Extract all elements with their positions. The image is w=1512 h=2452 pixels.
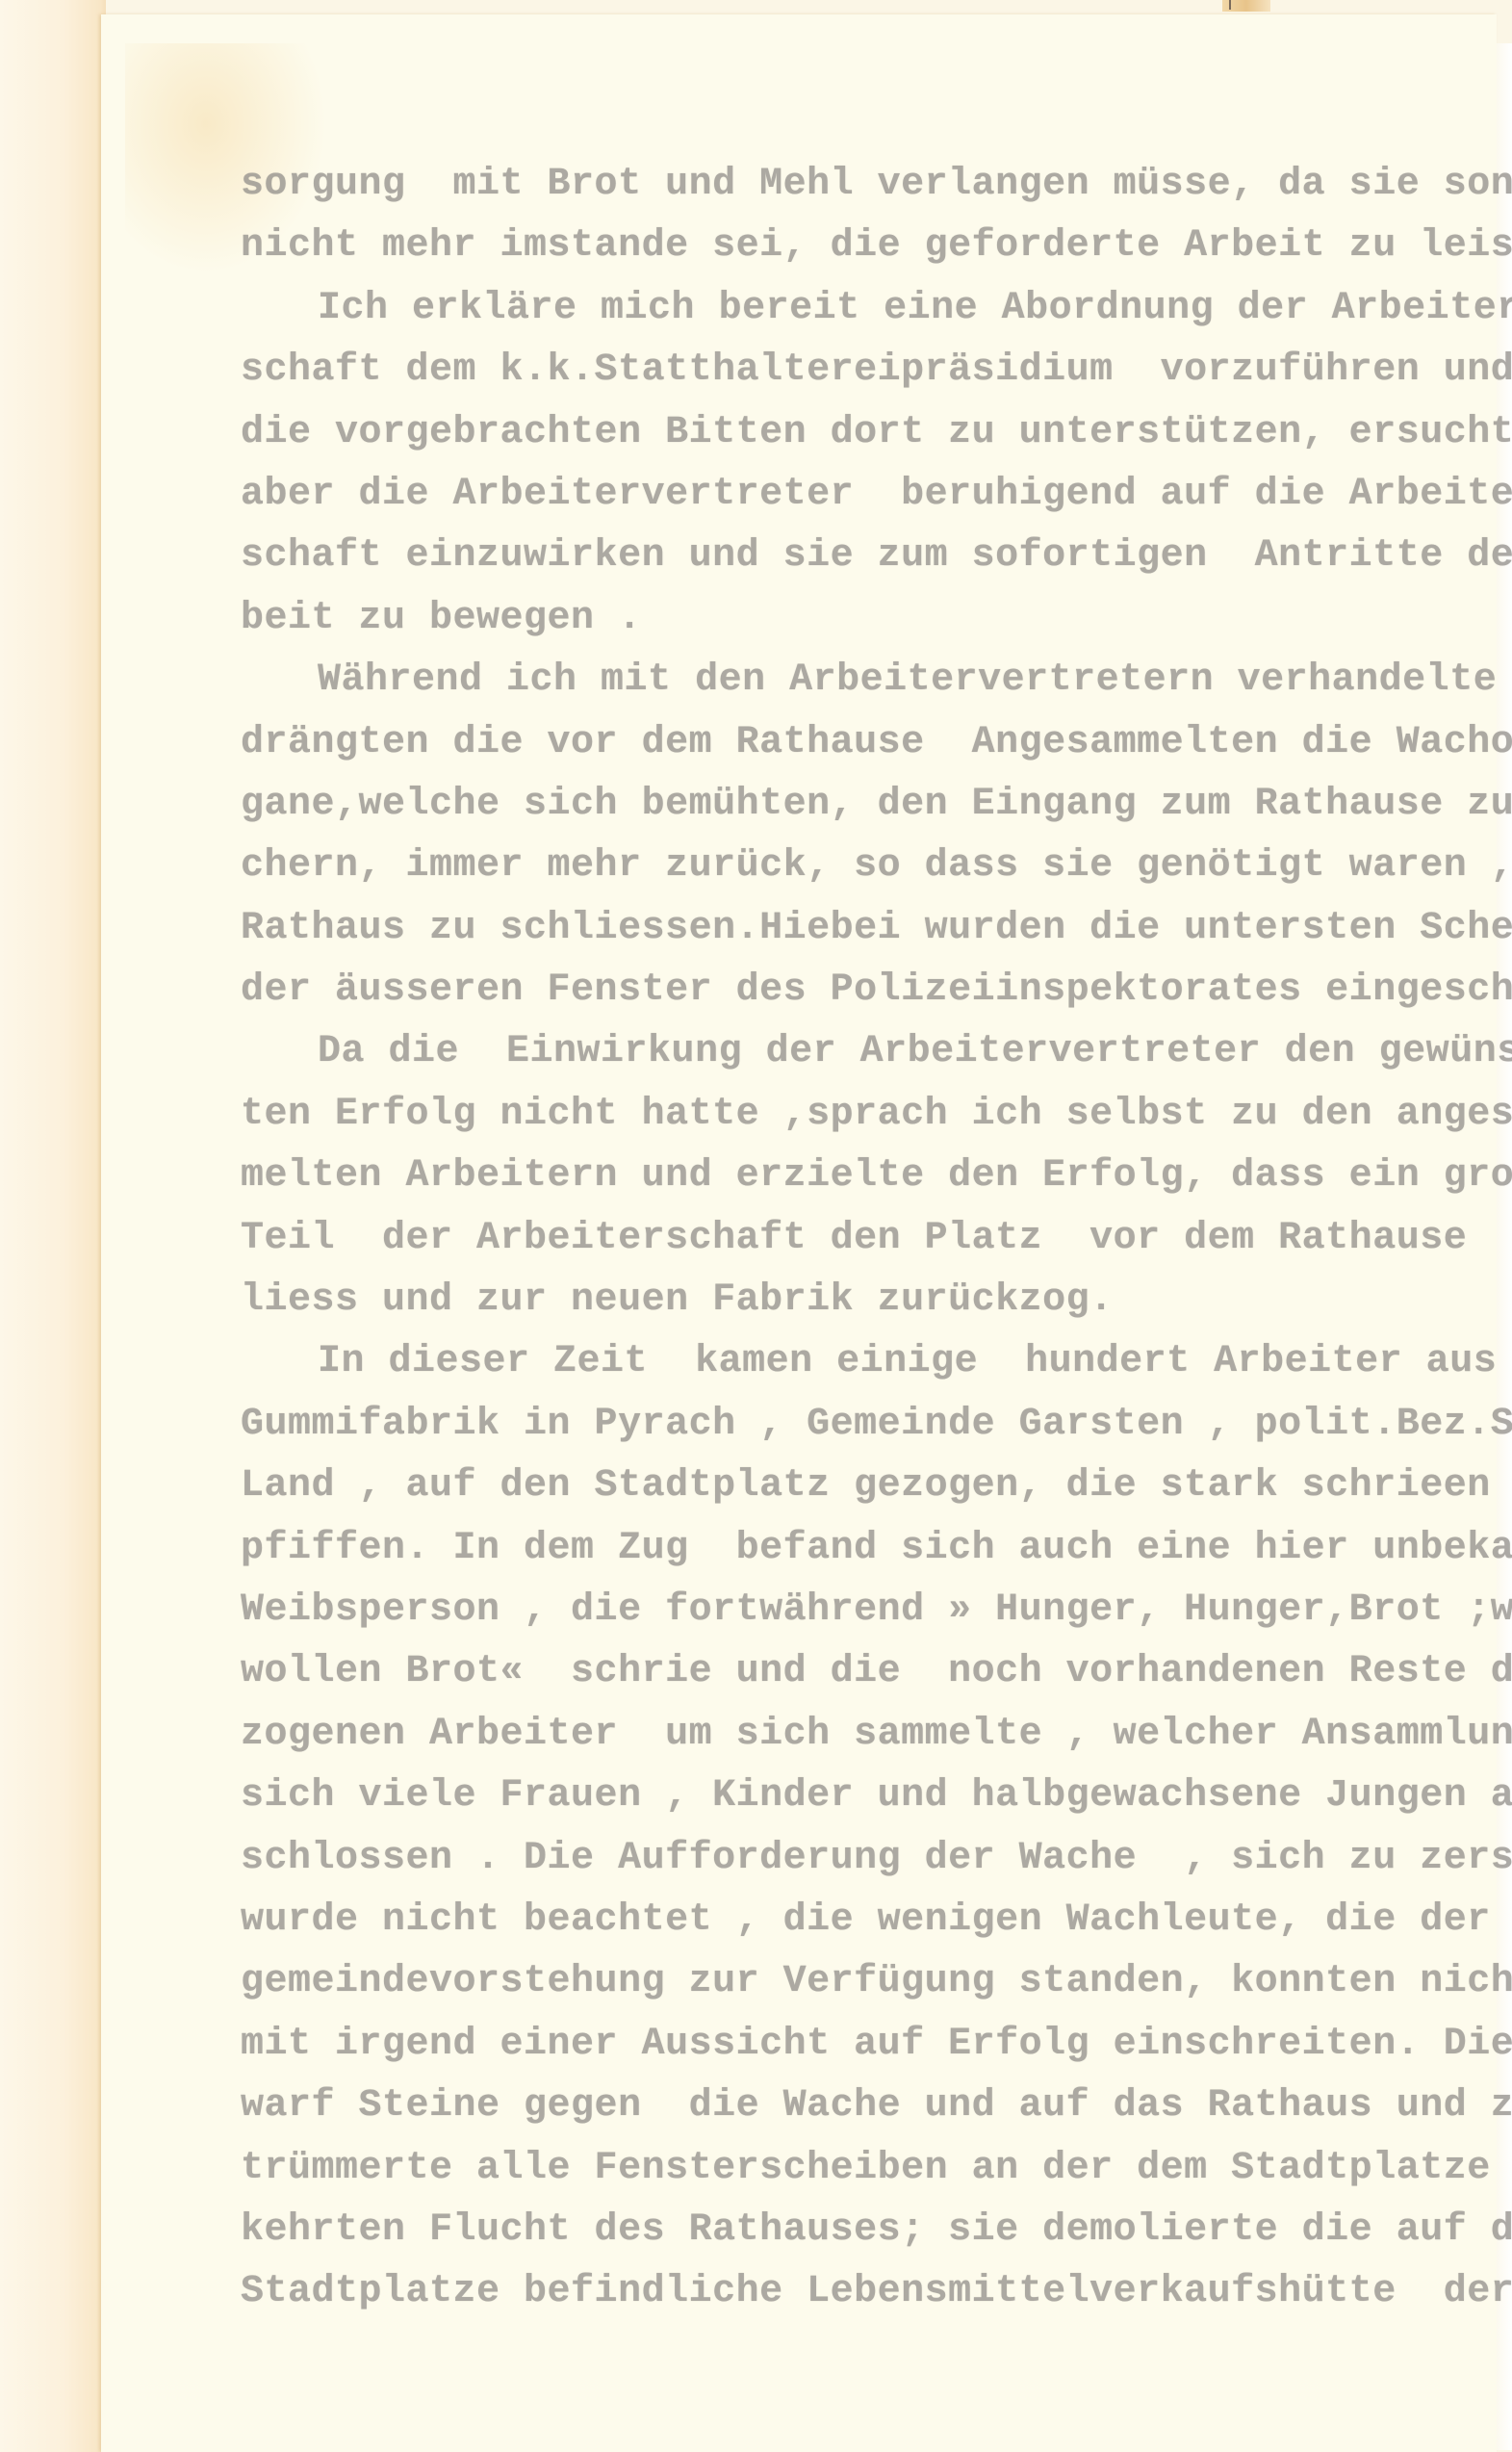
text-line: Rathaus zu schliessen.Hiebei wurden die … [241, 898, 1492, 960]
text-line: sich viele Frauen , Kinder und halbgewac… [241, 1766, 1492, 1827]
text-line: wurde nicht beachtet , die wenigen Wachl… [241, 1890, 1492, 1951]
text-line: pfiffen. In dem Zug befand sich auch ein… [241, 1518, 1492, 1580]
text-line: schaft dem k.k.Statthaltereipräsidium vo… [241, 340, 1492, 401]
text-line: Stadtplatze befindliche Lebensmittelverk… [241, 2261, 1492, 2323]
text-line: der äusseren Fenster des Polizeiinspekto… [241, 960, 1492, 1021]
text-line: gemeindevorstehung zur Verfügung standen… [241, 1951, 1492, 2013]
text-line: melten Arbeitern und erzielte den Erfolg… [241, 1146, 1492, 1207]
text-line: aber die Arbeitervertreter beruhigend au… [241, 464, 1492, 526]
text-line: ten Erfolg nicht hatte ,sprach ich selbs… [241, 1084, 1492, 1146]
text-line: warf Steine gegen die Wache und auf das … [241, 2076, 1492, 2137]
text-line: liess und zur neuen Fabrik zurückzog. [241, 1270, 1492, 1331]
underlying-page-edge [0, 0, 106, 2452]
text-line: Teil der Arbeiterschaft den Platz vor de… [241, 1208, 1492, 1270]
text-line: nicht mehr imstande sei, die geforderte … [241, 216, 1492, 277]
text-line: trümmerte alle Fensterscheiben an der de… [241, 2138, 1492, 2200]
text-line: schaft einzuwirken und sie zum sofortige… [241, 526, 1492, 587]
text-line: Land , auf den Stadtplatz gezogen, die s… [241, 1456, 1492, 1517]
text-line: chern, immer mehr zurück, so dass sie ge… [241, 836, 1492, 897]
text-line: sorgung mit Brot und Mehl verlangen müss… [241, 154, 1492, 216]
text-line: drängten die vor dem Rathause Angesammel… [241, 712, 1492, 774]
paper-edge-mark [1229, 0, 1231, 10]
typewritten-body: sorgung mit Brot und Mehl verlangen müss… [241, 154, 1492, 2324]
text-line: mit irgend einer Aussicht auf Erfolg ein… [241, 2014, 1492, 2076]
text-line: Ich erkläre mich bereit eine Abordnung d… [241, 278, 1492, 340]
text-line: beit zu bewegen . [241, 588, 1492, 650]
text-line: Weibsperson , die fortwährend » Hunger, … [241, 1580, 1492, 1641]
text-line: gane,welche sich bemühten, den Eingang z… [241, 774, 1492, 836]
text-line: In dieser Zeit kamen einige hundert Arbe… [241, 1331, 1492, 1393]
text-line: Gummifabrik in Pyrach , Gemeinde Garsten… [241, 1394, 1492, 1456]
text-line: wollen Brot« schrie und die noch vorhand… [241, 1641, 1492, 1703]
text-line: zogenen Arbeiter um sich sammelte , welc… [241, 1704, 1492, 1766]
text-line: die vorgebrachten Bitten dort zu unterst… [241, 402, 1492, 464]
text-line: schlossen . Die Aufforderung der Wache ,… [241, 1828, 1492, 1890]
text-line: Während ich mit den Arbeitervertretern v… [241, 650, 1492, 711]
text-line: Da die Einwirkung der Arbeitervertreter … [241, 1021, 1492, 1083]
text-line: kehrten Flucht des Rathauses; sie demoli… [241, 2200, 1492, 2261]
